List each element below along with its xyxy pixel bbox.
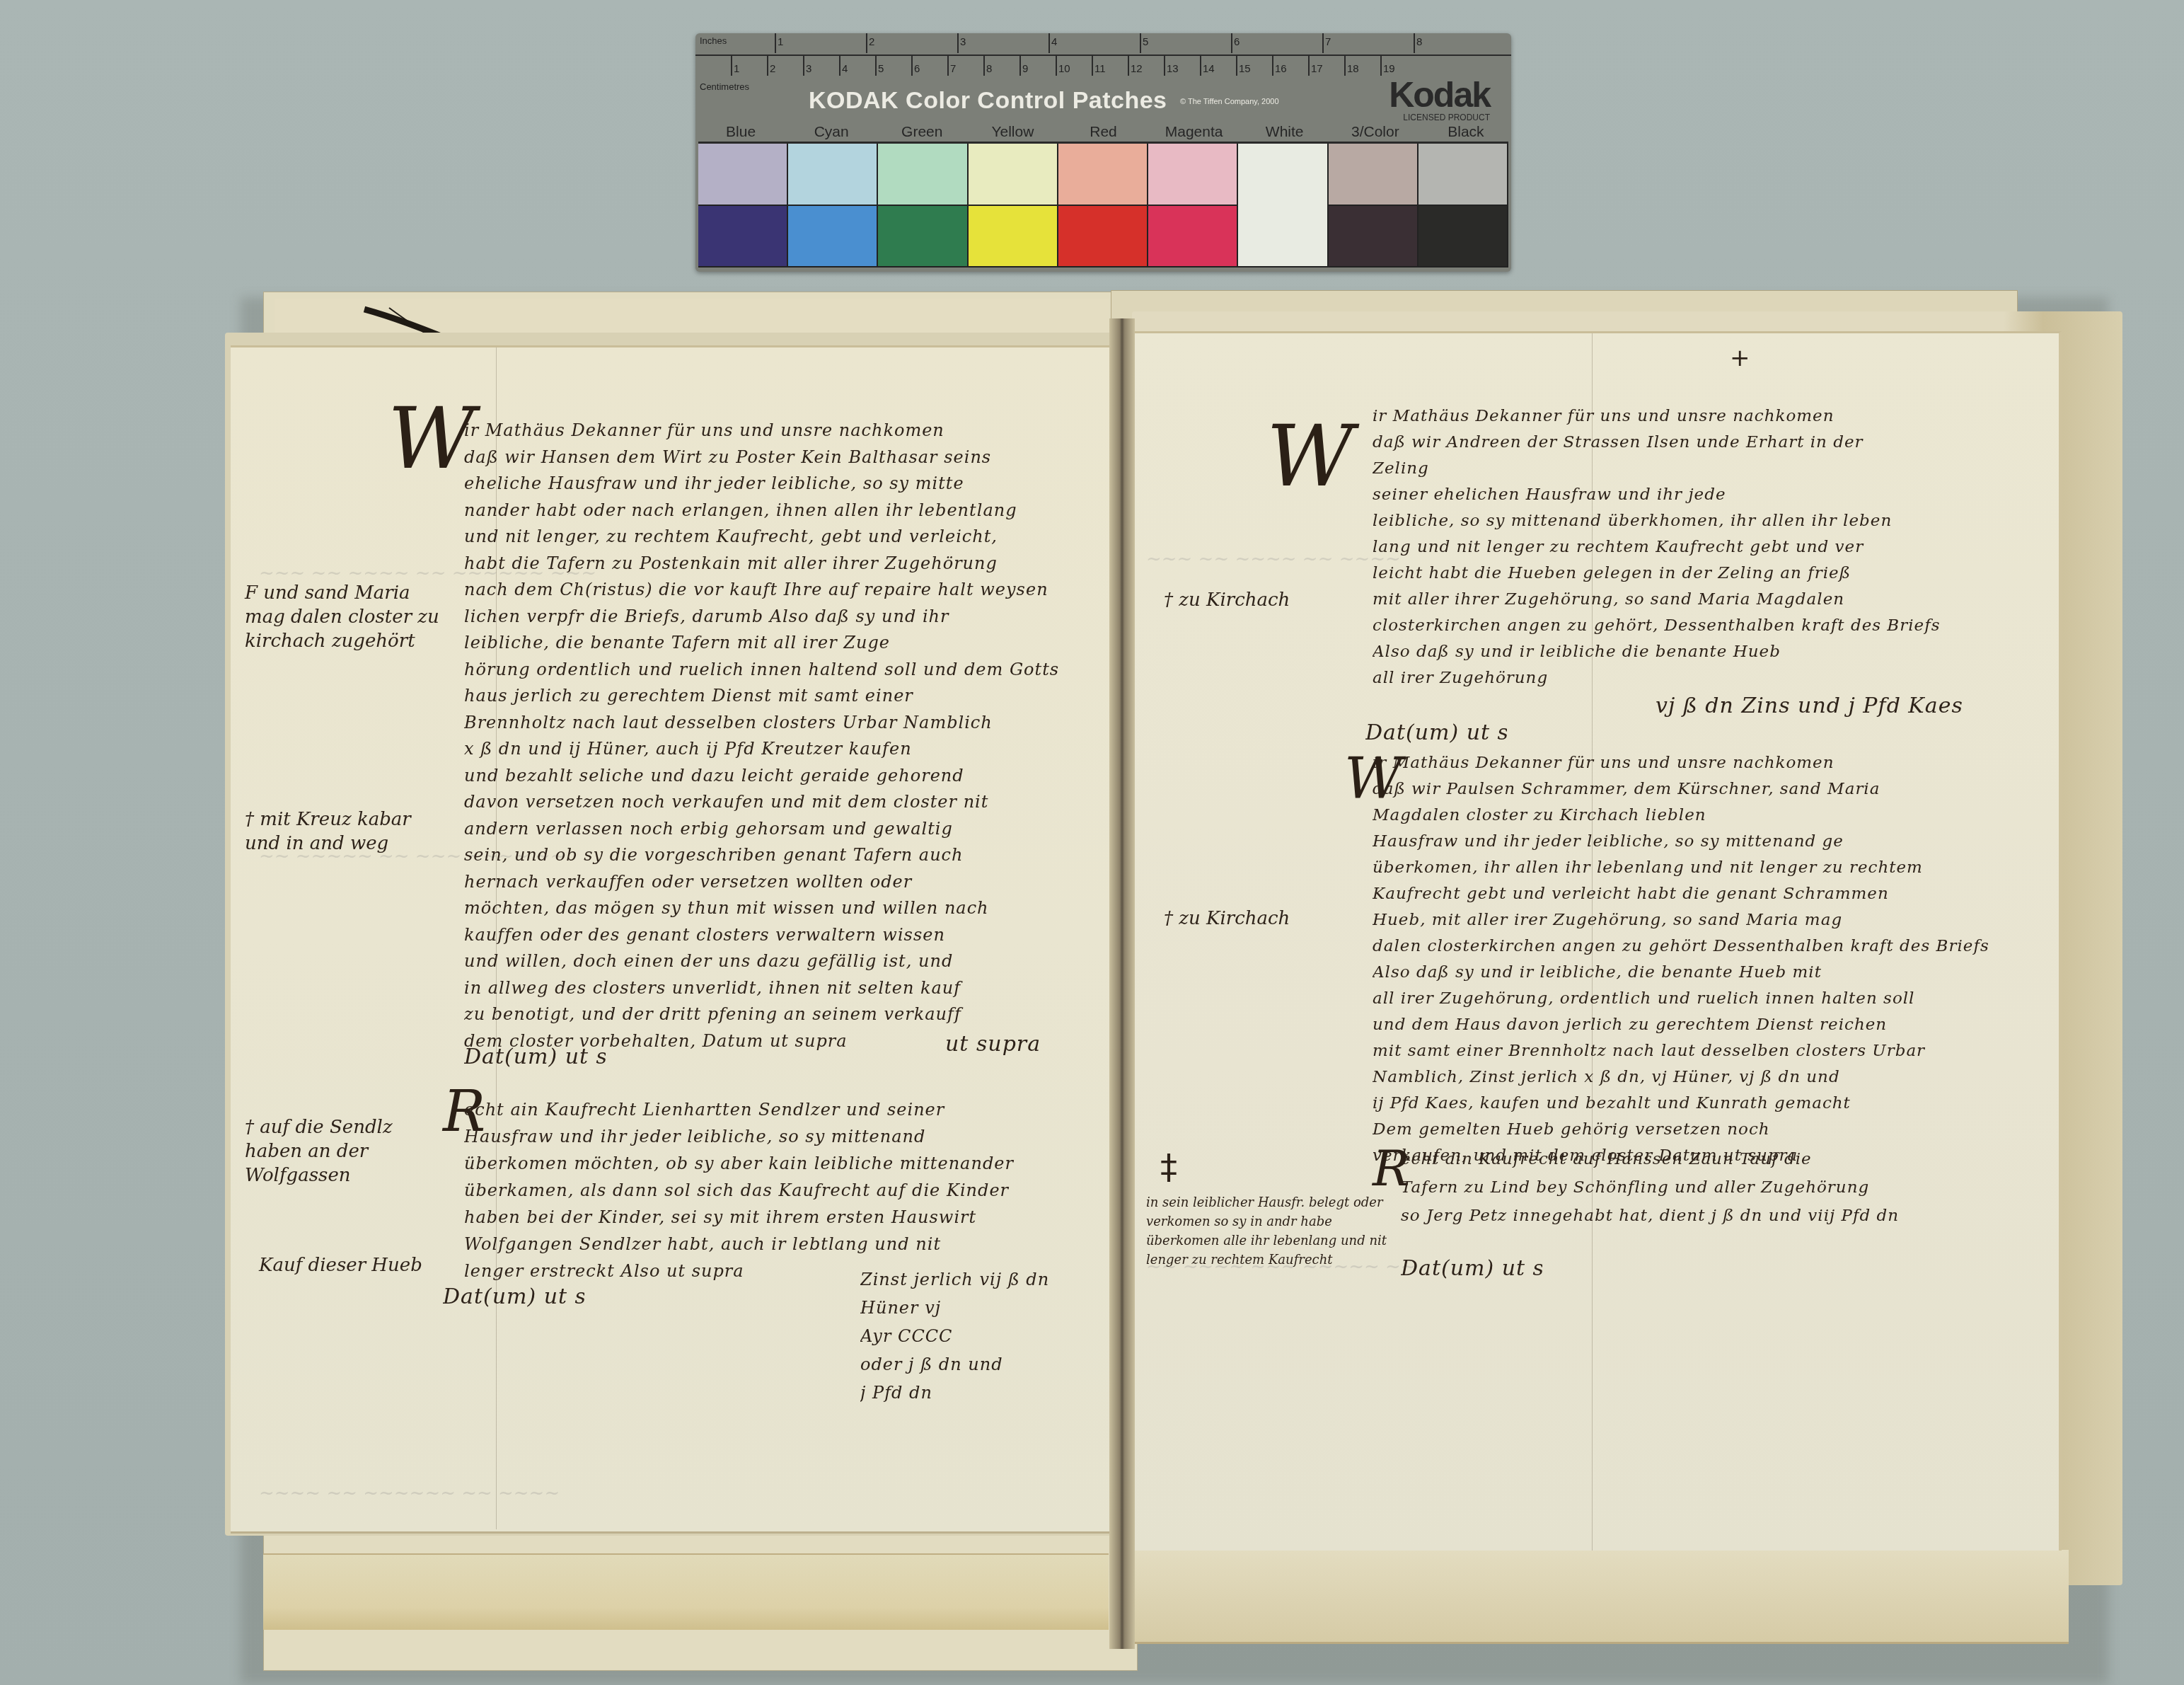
cm-tick-label: 18 — [1347, 63, 1359, 75]
manuscript-line: daß wir Paulsen Schrammer, dem Kürschner… — [1373, 777, 2023, 801]
patch-light-green — [878, 144, 968, 206]
manuscript-line: Zeling — [1373, 456, 2009, 481]
cm-tick-label: 10 — [1058, 63, 1070, 75]
inch-tick — [775, 33, 776, 53]
cm-tick — [1344, 54, 1346, 76]
manuscript-line: und dem Haus davon jerlich zu gerechtem … — [1373, 1013, 2023, 1037]
patch-dark-green — [878, 206, 968, 268]
manuscript-line: lang und nit lenger zu rechtem Kaufrecht… — [1373, 535, 2009, 559]
bottom-edge-right — [1135, 1550, 2069, 1644]
manuscript-line: echt ain Kaufrecht auf Hanssen Zaun Tauf… — [1401, 1147, 2038, 1171]
manuscript-line: Hueb, mit aller irer Zugehörung, so sand… — [1373, 908, 2023, 932]
patch-dark-cyan — [788, 206, 878, 268]
patch-name: White — [1240, 124, 1330, 144]
patch-dark-black — [1419, 206, 1508, 268]
patch-name: Green — [877, 124, 967, 144]
dues-line: oder j ß dn und — [860, 1352, 1058, 1376]
dues-line: Zinst jerlich vij ß dn — [860, 1267, 1058, 1292]
patch-name: 3/Color — [1330, 124, 1421, 144]
inch-tick — [1048, 33, 1050, 53]
manuscript-line: dalen closterkirchen angen zu gehört Des… — [1373, 934, 2023, 958]
centimetres-label: Centimetres — [700, 81, 749, 92]
patch-light-cyan — [788, 144, 878, 206]
cm-tick — [1272, 54, 1273, 76]
patch-dark-magenta — [1148, 206, 1238, 268]
cm-tick-label: 6 — [914, 63, 920, 75]
bleed-through-text: ~~~~ ~~ ~~~~~~ ~~ ~~~~ — [259, 1480, 560, 1507]
dues-line: Hüner vj — [860, 1296, 1058, 1320]
manuscript-line: Also daß sy und ir leibliche die benante… — [1373, 640, 2009, 664]
dues-line: vj ß dn Zins und j Pfd Kaes — [1656, 694, 2052, 718]
inch-tick-label: 2 — [869, 36, 874, 48]
manuscript-line: Hausfraw und ihr jeder leibliche, so sy … — [1373, 829, 2023, 853]
cm-tick — [1092, 54, 1093, 76]
cm-tick — [1056, 54, 1057, 76]
patch-light-white — [1238, 144, 1328, 268]
entry-closing-right: ut supra — [945, 1033, 1058, 1057]
inch-tick-label: 5 — [1143, 36, 1148, 48]
kodak-title: KODAK Color Control Patches — [809, 87, 1167, 115]
inch-tick — [957, 33, 959, 53]
patch-dark-yellow — [969, 206, 1058, 268]
book-gutter — [1109, 318, 1135, 1649]
cm-tick-label: 12 — [1131, 63, 1143, 75]
margin-note: † mit Kreuz kabar und in and weg — [245, 807, 429, 856]
left-page: ~~~ ~~ ~~~~ ~~ ~~~~~~ ~~~ ~~ ~~~~~ ~~ ~~… — [231, 345, 1119, 1534]
patch-dark-blue — [698, 206, 788, 268]
cm-tick-label: 19 — [1383, 63, 1395, 75]
bottom-flap-left — [263, 1553, 1109, 1630]
manuscript-line: ir Mathäus Dekanner für uns und unsre na… — [1373, 404, 2009, 428]
inch-tick-label: 3 — [960, 36, 966, 48]
entry-closing: Dat(um) ut s(upra) — [1401, 1257, 1542, 1281]
manuscript-line: Tafern zu Lind bey Schönfling und aller … — [1401, 1175, 2038, 1200]
cm-tick-label: 1 — [734, 63, 739, 75]
manuscript-line: all irer Zugehörung, ordentlich und ruel… — [1373, 987, 2023, 1011]
manuscript-line: leicht habt die Hueben gelegen in der Ze… — [1373, 561, 2009, 585]
manuscript-line: so Jerg Petz innegehabt hat, dient j ß d… — [1401, 1204, 2038, 1228]
manuscript-line: überkomen, ihr allen ihr lebenlang und n… — [1373, 856, 2023, 880]
inch-tick-label: 6 — [1234, 36, 1240, 48]
licensed-product-label: LICENSED PRODUCT — [1403, 113, 1490, 122]
dues-line: j Pfd dn — [860, 1381, 1058, 1405]
inch-tick-label: 1 — [778, 36, 783, 48]
manuscript-line: ij Pfd Kaes, kaufen und bezahlt und Kunr… — [1373, 1091, 2023, 1115]
margin-note: F und sand Maria mag dalen closter zu ki… — [245, 581, 443, 653]
cm-tick — [1164, 54, 1165, 76]
cm-tick — [1236, 54, 1237, 76]
manuscript-line: Also daß sy und ir leibliche, die benant… — [1373, 960, 2023, 984]
cm-tick-label: 14 — [1203, 63, 1215, 75]
bleed-through-text: ~~~ ~~ ~~~~ ~~ ~~~~ — [1146, 546, 1401, 573]
cm-tick-label: 11 — [1094, 63, 1106, 75]
cm-tick-label: 15 — [1239, 63, 1251, 75]
inch-tick-label: 8 — [1416, 36, 1422, 48]
inch-tick — [866, 33, 867, 53]
cm-tick — [803, 54, 804, 76]
cm-tick — [875, 54, 877, 76]
cm-tick-label: 13 — [1167, 63, 1179, 75]
patch-light-black — [1419, 144, 1508, 206]
cm-tick-label: 16 — [1275, 63, 1287, 75]
cm-tick — [767, 54, 768, 76]
patch-name: Yellow — [967, 124, 1058, 144]
inch-tick — [1140, 33, 1141, 53]
cm-tick — [911, 54, 913, 76]
double-cross-mark: ‡ — [1160, 1147, 1177, 1187]
cm-tick — [1308, 54, 1310, 76]
cm-tick-label: 8 — [986, 63, 992, 75]
top-cross-mark: + — [1730, 344, 1750, 372]
patch-light-blue — [698, 144, 788, 206]
manuscript-line: Magdalen closter zu Kirchach lieblen — [1373, 803, 2023, 827]
patch-name: Magenta — [1149, 124, 1240, 144]
cm-tick — [731, 54, 732, 76]
cm-tick — [983, 54, 985, 76]
inch-tick — [1414, 33, 1415, 53]
cm-tick — [839, 54, 840, 76]
inch-tick-label: 7 — [1325, 36, 1331, 48]
cm-tick — [947, 54, 949, 76]
color-patches — [698, 142, 1508, 268]
cm-tick-label: 3 — [806, 63, 811, 75]
cm-tick — [1019, 54, 1021, 76]
manuscript-line: closterkirchen angen zu gehört, Dessenth… — [1373, 614, 2009, 638]
margin-note: † auf die Sendlz haben an der Wolfgassen — [245, 1115, 408, 1187]
entry-closing: Dat(um) ut s(upra) — [443, 1285, 584, 1309]
cm-tick — [1128, 54, 1129, 76]
cm-tick-label: 17 — [1311, 63, 1323, 75]
dues-line: Ayr CCCC — [860, 1324, 1058, 1348]
patch-light-red — [1058, 144, 1148, 206]
cm-tick-label: 4 — [842, 63, 848, 75]
patch-light-yellow — [969, 144, 1058, 206]
patch-light-magenta — [1148, 144, 1238, 206]
inches-label: Inches — [700, 35, 727, 46]
patch-name: Cyan — [786, 124, 877, 144]
inch-tick-label: 4 — [1051, 36, 1057, 48]
patch-name: Black — [1421, 124, 1511, 144]
entry-closing: Dat(um) ut s(upra) — [1365, 721, 1507, 745]
margin-note: Kauf dieser Hueb — [259, 1253, 429, 1277]
margin-note: † zu Kirchach — [1164, 588, 1348, 612]
inch-tick — [1322, 33, 1324, 53]
initial-letter: W — [1266, 415, 1353, 500]
manuscript-line: Namblich, Zinst jerlich x ß dn, vj Hüner… — [1373, 1065, 2023, 1089]
kodak-color-control-strip: Inches 12345678 123456789101112131415161… — [695, 33, 1511, 272]
manuscript-line: leibliche, so sy mittenand überkhomen, i… — [1373, 509, 2009, 533]
cm-tick-label: 5 — [878, 63, 884, 75]
cm-tick-label: 9 — [1022, 63, 1028, 75]
manuscript-line: all irer Zugehörung — [1373, 666, 2009, 690]
inch-ruler: Inches 12345678 — [695, 33, 1511, 56]
manuscript-line: mit aller ihrer Zugehörung, so sand Mari… — [1373, 587, 2009, 611]
manuscript-line: Dem gemelten Hueb gehörig versetzen noch — [1373, 1117, 2023, 1141]
kodak-logo: Kodak — [1389, 74, 1490, 115]
entry-closing: Dat(um) ut s(upra) — [464, 1045, 606, 1069]
manuscript-line: mit samt einer Brennholtz nach laut dess… — [1373, 1039, 2023, 1063]
cm-tick-label: 2 — [770, 63, 775, 75]
manuscript-line: daß wir Andreen der Strassen Ilsen unde … — [1373, 430, 2009, 454]
initial-letter: W — [388, 397, 475, 482]
manuscript-line: ir Mathäus Dekanner für uns und unsre na… — [1373, 751, 2023, 775]
manuscript-line: Kaufrecht gebt und verleicht habt die ge… — [1373, 882, 2023, 906]
cm-tick-label: 7 — [950, 63, 956, 75]
patch-name: Blue — [695, 124, 786, 144]
patch-dark-3-color — [1329, 206, 1419, 268]
manuscript-line: seiner ehelichen Hausfraw und ihr jede — [1373, 483, 2009, 507]
patch-name: Red — [1058, 124, 1148, 144]
cm-tick — [1200, 54, 1201, 76]
margin-note: in sein leiblicher Hausfr. belegt oder v… — [1146, 1193, 1401, 1270]
right-page: ~~~ ~~ ~~~~ ~~ ~~~~ ~~ ~~~~ ~~~ ~~~~~ ~~… — [1132, 331, 2062, 1551]
patch-name-row: BlueCyanGreenYellowRedMagentaWhite3/Colo… — [695, 124, 1511, 144]
inch-tick — [1231, 33, 1232, 53]
patch-dark-red — [1058, 206, 1148, 268]
patch-light-3-color — [1329, 144, 1419, 206]
cm-tick — [1380, 54, 1382, 76]
kodak-copyright: © The Tiffen Company, 2000 — [1180, 98, 1279, 106]
margin-note: † zu Kirchach — [1164, 907, 1348, 931]
